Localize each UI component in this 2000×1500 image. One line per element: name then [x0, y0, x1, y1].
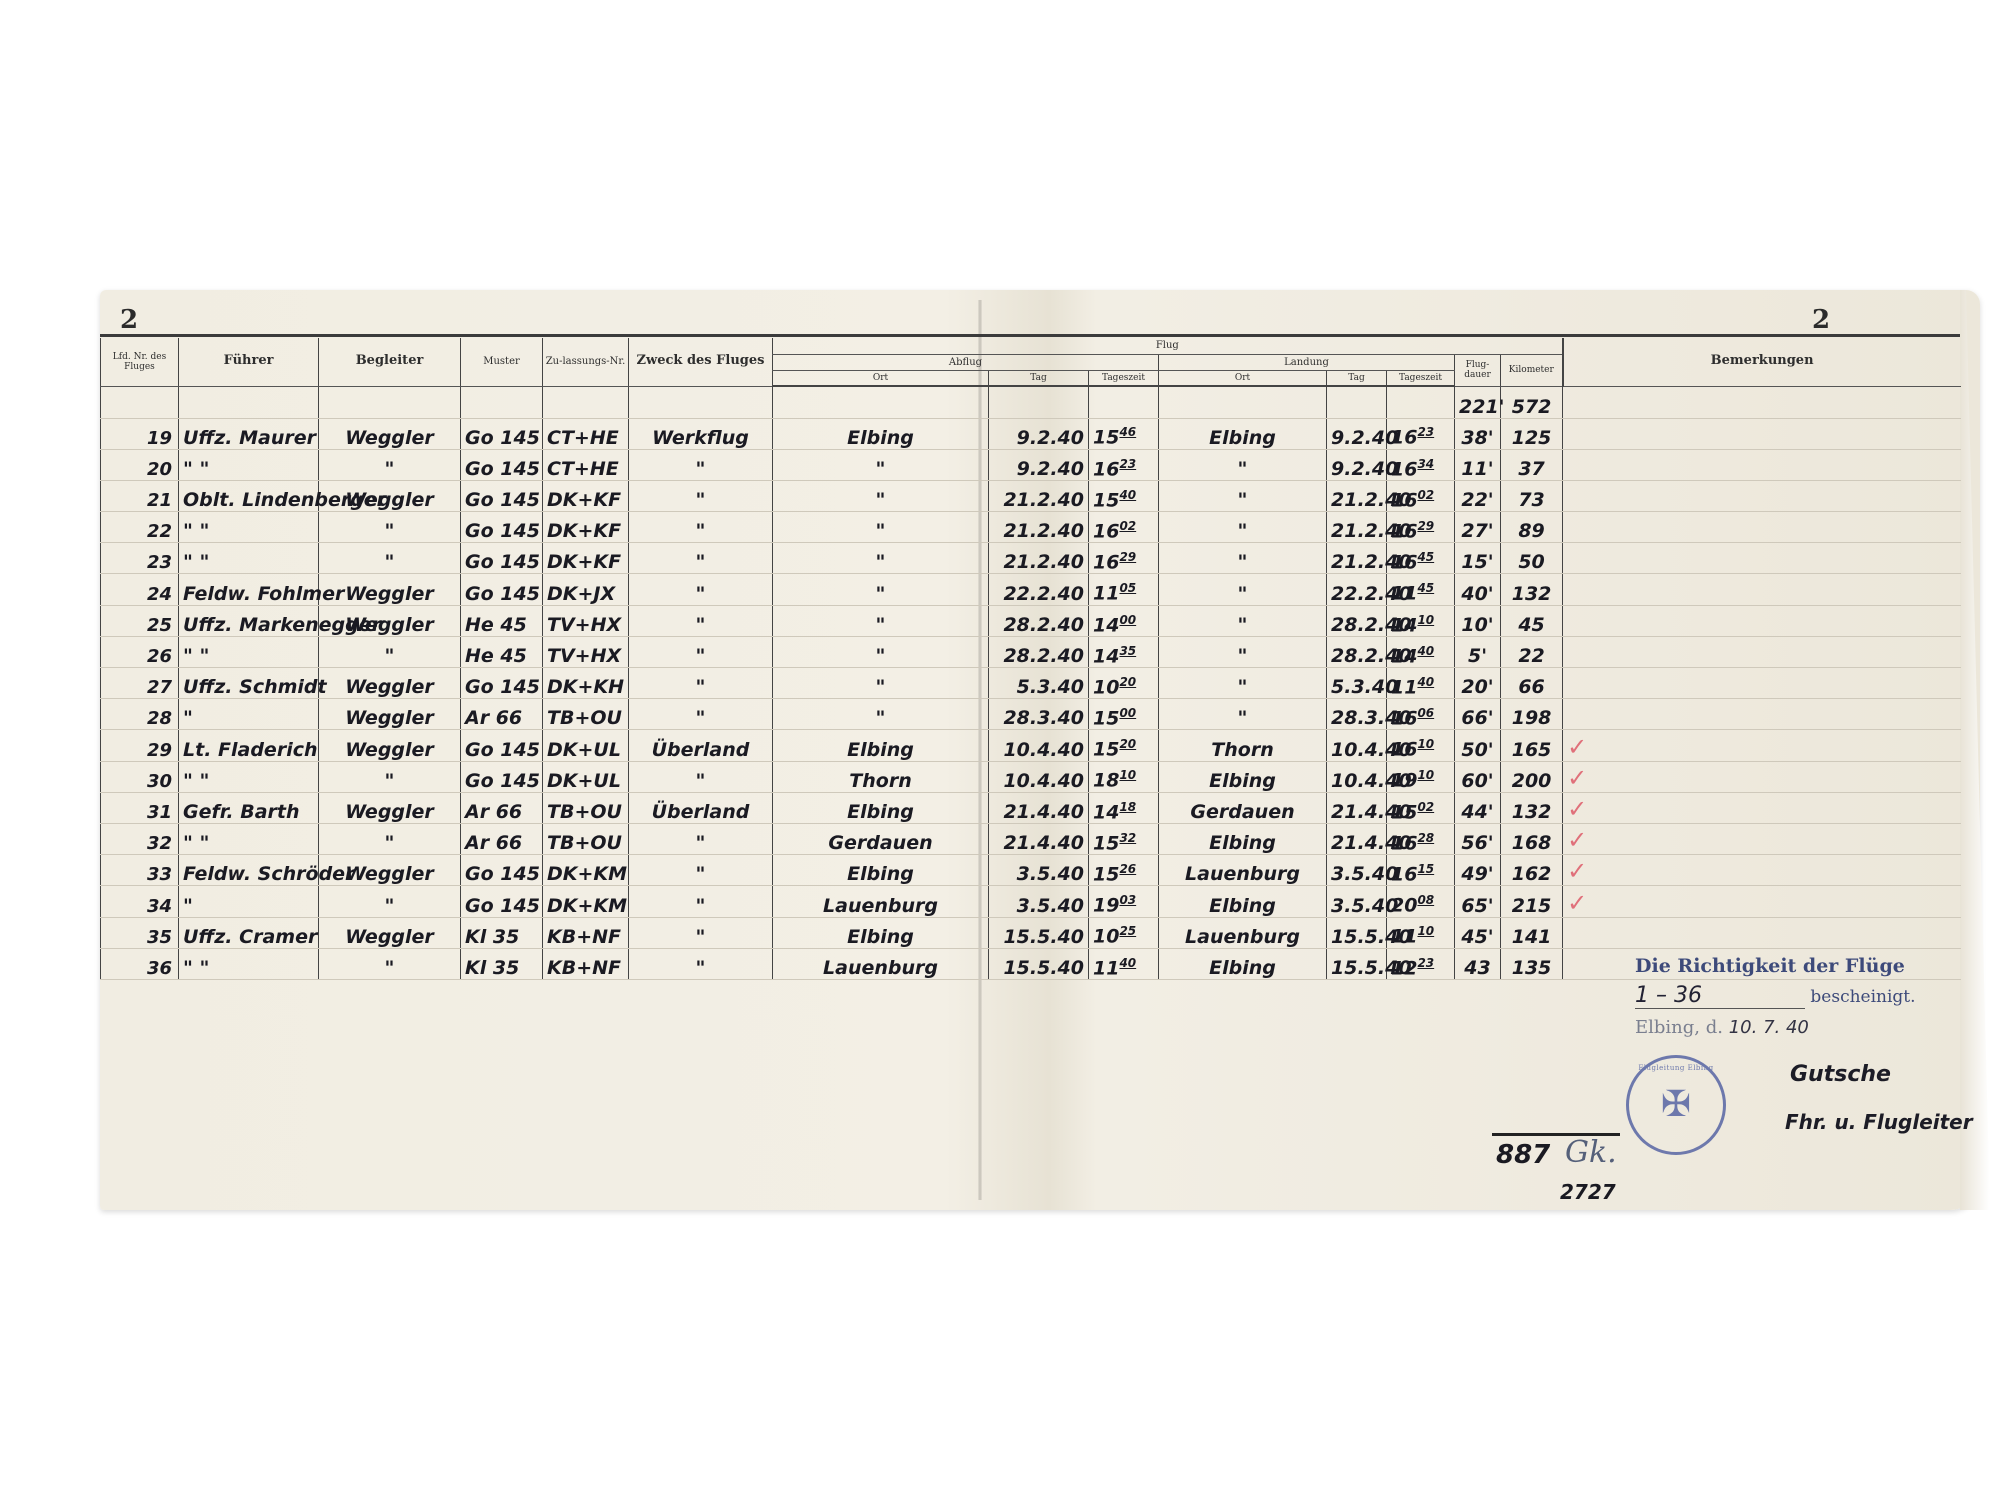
muster-cell: Go 145 — [461, 855, 543, 886]
km-cell: 162 — [1501, 855, 1563, 886]
an-tag-cell: 9.2.40 — [1327, 449, 1387, 480]
km-cell: 22 — [1501, 636, 1563, 667]
km-cell: 37 — [1501, 449, 1563, 480]
zul-cell: CT+HE — [543, 418, 629, 449]
abflug-tageszeit: 1602 — [1089, 512, 1159, 543]
col-kilometer: Kilometer — [1501, 354, 1563, 386]
muster-cell: Kl 35 — [461, 917, 543, 948]
an-tag-cell: 28.3.40 — [1327, 699, 1387, 730]
zweck-cell: " — [629, 668, 773, 699]
bemerkungen-cell — [1563, 449, 1961, 480]
dauer-cell: 44' — [1455, 792, 1501, 823]
nr-cell: 30 — [101, 761, 179, 792]
muster-cell: Go 145 — [461, 574, 543, 605]
an-tag-cell: 9.2.40 — [1327, 418, 1387, 449]
begleiter-cell: " — [319, 948, 461, 979]
ab-tag-cell: 21.2.40 — [989, 543, 1089, 574]
muster-cell: Ar 66 — [461, 699, 543, 730]
zul-cell: DK+UL — [543, 730, 629, 761]
col-zulassungs-nr: Zu-lassungs-Nr. — [543, 338, 629, 386]
certification-place-label: Elbing, d. — [1635, 1017, 1723, 1038]
zul-cell: DK+KF — [543, 543, 629, 574]
zul-cell: DK+UL — [543, 761, 629, 792]
total-flugdauer: 887 — [1496, 1140, 1550, 1170]
col-group-landung: Landung — [1159, 354, 1455, 371]
ab-tag-cell: 9.2.40 — [989, 449, 1089, 480]
fuehrer-cell: " — [179, 886, 319, 917]
abflug-tageszeit: 1629 — [1089, 543, 1159, 574]
abflug-tageszeit: 1500 — [1089, 699, 1159, 730]
ab-ort-cell: Elbing — [773, 855, 989, 886]
muster-cell: Go 145 — [461, 668, 543, 699]
abflug-tageszeit: 1623 — [1089, 449, 1159, 480]
fuehrer-cell: " " — [179, 636, 319, 667]
km-cell: 132 — [1501, 574, 1563, 605]
abflug-tageszeit: 1435 — [1089, 636, 1159, 667]
fuehrer-cell: " " — [179, 823, 319, 854]
dauer-cell: 38' — [1455, 418, 1501, 449]
zweck-cell: " — [629, 605, 773, 636]
col-flugdauer: Flug-dauer — [1455, 354, 1501, 386]
ab-ort-cell: " — [773, 449, 989, 480]
ab-ort-cell: " — [773, 668, 989, 699]
certification-suffix: bescheinigt. — [1810, 987, 1915, 1007]
ab-ort-cell: Elbing — [773, 792, 989, 823]
ab-ort-cell: Elbing — [773, 917, 989, 948]
col-abflug-ort: Ort — [773, 371, 989, 387]
bemerkungen-cell — [1563, 480, 1961, 511]
begleiter-cell: " — [319, 761, 461, 792]
an-ort-cell: Elbing — [1159, 761, 1327, 792]
zweck-cell: Überland — [629, 730, 773, 761]
certification-printed-line: Die Richtigkeit der Flüge — [1635, 955, 1975, 977]
zul-cell: CT+HE — [543, 449, 629, 480]
ab-tag-cell: 21.2.40 — [989, 512, 1089, 543]
fuehrer-cell: Uffz. Schmidt — [179, 668, 319, 699]
ab-ort-cell: Lauenburg — [773, 886, 989, 917]
an-ort-cell: " — [1159, 636, 1327, 667]
muster-cell: Ar 66 — [461, 823, 543, 854]
an-tag-cell: 21.2.40 — [1327, 543, 1387, 574]
table-row: 31Gefr. BarthWegglerAr 66TB+OUÜberlandEl… — [101, 792, 1961, 823]
landung-tageszeit: 1602 — [1387, 480, 1455, 511]
nr-cell: 33 — [101, 855, 179, 886]
ab-tag-cell: 9.2.40 — [989, 418, 1089, 449]
bemerkungen-cell: ✓ — [1563, 886, 1961, 917]
col-landung-ort: Ort — [1159, 371, 1327, 387]
abflug-tageszeit: 1105 — [1089, 574, 1159, 605]
fuehrer-cell: Lt. Fladerich — [179, 730, 319, 761]
an-tag-cell: 21.4.40 — [1327, 823, 1387, 854]
ab-ort-cell: " — [773, 480, 989, 511]
signature-title: Fhr. u. Flugleiter — [1785, 1110, 1973, 1134]
begleiter-cell: " — [319, 512, 461, 543]
landung-tageszeit: 1910 — [1387, 761, 1455, 792]
zweck-cell: " — [629, 574, 773, 605]
col-begleiter: Begleiter — [319, 338, 461, 386]
an-ort-cell: " — [1159, 605, 1327, 636]
nr-cell: 25 — [101, 605, 179, 636]
bemerkungen-cell: ✓ — [1563, 855, 1961, 886]
landung-tageszeit: 1606 — [1387, 699, 1455, 730]
km-cell: 200 — [1501, 761, 1563, 792]
zul-cell: TB+OU — [543, 823, 629, 854]
an-ort-cell: Lauenburg — [1159, 917, 1327, 948]
km-cell: 45 — [1501, 605, 1563, 636]
km-cell: 141 — [1501, 917, 1563, 948]
ab-ort-cell: Thorn — [773, 761, 989, 792]
zul-cell: TV+HX — [543, 605, 629, 636]
col-landung-tag: Tag — [1327, 371, 1387, 387]
check-mark-icon: ✓ — [1567, 764, 1587, 792]
an-ort-cell: Gerdauen — [1159, 792, 1327, 823]
bemerkungen-cell: ✓ — [1563, 823, 1961, 854]
an-tag-cell: 22.2.40 — [1327, 574, 1387, 605]
zul-cell: DK+KF — [543, 512, 629, 543]
nr-cell: 28 — [101, 699, 179, 730]
table-row: 28"WegglerAr 66TB+OU""28.3.401500"28.3.4… — [101, 699, 1961, 730]
ab-ort-cell: Lauenburg — [773, 948, 989, 979]
zweck-cell: " — [629, 886, 773, 917]
official-stamp: Flugleitung Elbing ✠ — [1626, 1055, 1726, 1155]
landung-tageszeit: 1140 — [1387, 668, 1455, 699]
col-bemerkungen: Bemerkungen — [1563, 338, 1961, 386]
nr-cell: 36 — [101, 948, 179, 979]
abflug-tageszeit: 1526 — [1089, 855, 1159, 886]
nr-cell: 35 — [101, 917, 179, 948]
zweck-cell: " — [629, 512, 773, 543]
total-kilometer: 2727 — [1560, 1180, 1616, 1204]
nr-cell: 26 — [101, 636, 179, 667]
fuehrer-cell: Feldw. Schröder — [179, 855, 319, 886]
dauer-cell: 66' — [1455, 699, 1501, 730]
km-cell: 125 — [1501, 418, 1563, 449]
table-row: 29Lt. FladerichWegglerGo 145DK+ULÜberlan… — [101, 730, 1961, 761]
table-row: 20" ""Go 145CT+HE""9.2.401623"9.2.401634… — [101, 449, 1961, 480]
nr-cell: 24 — [101, 574, 179, 605]
begleiter-cell: " — [319, 886, 461, 917]
zul-cell: DK+KH — [543, 668, 629, 699]
zweck-cell: " — [629, 823, 773, 854]
zweck-cell: " — [629, 449, 773, 480]
table-row: 35Uffz. CramerWegglerKl 35KB+NF"Elbing15… — [101, 917, 1961, 948]
an-tag-cell: 3.5.40 — [1327, 886, 1387, 917]
table-row: 24Feldw. FohlmerWegglerGo 145DK+JX""22.2… — [101, 574, 1961, 605]
an-ort-cell: Thorn — [1159, 730, 1327, 761]
nr-cell: 23 — [101, 543, 179, 574]
certification-range: 1 – 36 — [1635, 983, 1805, 1009]
ab-ort-cell: Elbing — [773, 418, 989, 449]
landung-tageszeit: 1610 — [1387, 730, 1455, 761]
km-cell: 168 — [1501, 823, 1563, 854]
an-ort-cell: Elbing — [1159, 886, 1327, 917]
landung-tageszeit: 1145 — [1387, 574, 1455, 605]
ab-tag-cell: 21.2.40 — [989, 480, 1089, 511]
col-group-abflug: Abflug — [773, 354, 1159, 371]
nr-cell: 20 — [101, 449, 179, 480]
landung-tageszeit: 1410 — [1387, 605, 1455, 636]
an-tag-cell: 21.2.40 — [1327, 480, 1387, 511]
km-cell: 198 — [1501, 699, 1563, 730]
dauer-cell: 56' — [1455, 823, 1501, 854]
begleiter-cell: Weggler — [319, 668, 461, 699]
km-cell: 66 — [1501, 668, 1563, 699]
muster-cell: Go 145 — [461, 543, 543, 574]
km-cell: 215 — [1501, 886, 1563, 917]
bemerkungen-cell — [1563, 605, 1961, 636]
zweck-cell: " — [629, 917, 773, 948]
table-row: 30" ""Go 145DK+UL"Thorn10.4.401810Elbing… — [101, 761, 1961, 792]
an-ort-cell: Elbing — [1159, 418, 1327, 449]
dauer-cell: 49' — [1455, 855, 1501, 886]
fuehrer-cell: " " — [179, 543, 319, 574]
zul-cell: TV+HX — [543, 636, 629, 667]
col-muster: Muster — [461, 338, 543, 386]
nr-cell: 29 — [101, 730, 179, 761]
km-cell: 73 — [1501, 480, 1563, 511]
ab-ort-cell: " — [773, 512, 989, 543]
header-rule — [100, 334, 1960, 337]
dauer-cell: 11' — [1455, 449, 1501, 480]
an-ort-cell: Lauenburg — [1159, 855, 1327, 886]
dauer-cell: 60' — [1455, 761, 1501, 792]
dauer-cell: 15' — [1455, 543, 1501, 574]
ab-tag-cell: 22.2.40 — [989, 574, 1089, 605]
muster-cell: Go 145 — [461, 480, 543, 511]
ab-ort-cell: " — [773, 543, 989, 574]
check-mark-icon: ✓ — [1567, 795, 1587, 823]
fuehrer-cell: Gefr. Barth — [179, 792, 319, 823]
ab-ort-cell: Gerdauen — [773, 823, 989, 854]
ab-tag-cell: 15.5.40 — [989, 948, 1089, 979]
bemerkungen-cell — [1563, 418, 1961, 449]
zul-cell: KB+NF — [543, 948, 629, 979]
landung-tageszeit: 1634 — [1387, 449, 1455, 480]
table-row: 26" ""He 45TV+HX""28.2.401435"28.2.40144… — [101, 636, 1961, 667]
carry-over-row: 221' 572 — [101, 386, 1961, 418]
begleiter-cell: " — [319, 823, 461, 854]
an-ort-cell: " — [1159, 480, 1327, 511]
an-tag-cell: 10.4.40 — [1327, 761, 1387, 792]
begleiter-cell: Weggler — [319, 418, 461, 449]
zul-cell: KB+NF — [543, 917, 629, 948]
ab-tag-cell: 3.5.40 — [989, 886, 1089, 917]
nr-cell: 32 — [101, 823, 179, 854]
zweck-cell: " — [629, 855, 773, 886]
nr-cell: 21 — [101, 480, 179, 511]
check-mark-icon: ✓ — [1567, 733, 1587, 761]
dauer-cell: 27' — [1455, 512, 1501, 543]
page-number-left: 2 — [120, 305, 138, 335]
dauer-cell: 10' — [1455, 605, 1501, 636]
begleiter-cell: " — [319, 636, 461, 667]
ab-ort-cell: " — [773, 636, 989, 667]
zweck-cell: " — [629, 543, 773, 574]
abflug-tageszeit: 1532 — [1089, 823, 1159, 854]
bemerkungen-cell — [1563, 636, 1961, 667]
total-initials: Gk. — [1565, 1135, 1617, 1170]
zweck-cell: " — [629, 699, 773, 730]
muster-cell: Go 145 — [461, 512, 543, 543]
an-ort-cell: " — [1159, 699, 1327, 730]
table-row: 21Oblt. LindenbergerWegglerGo 145DK+KF""… — [101, 480, 1961, 511]
ab-tag-cell: 10.4.40 — [989, 730, 1089, 761]
landung-tageszeit: 1615 — [1387, 855, 1455, 886]
landung-tageszeit: 1645 — [1387, 543, 1455, 574]
abflug-tageszeit: 1546 — [1089, 418, 1159, 449]
col-landung-tageszeit: Tageszeit — [1387, 371, 1455, 387]
abflug-tageszeit: 1520 — [1089, 730, 1159, 761]
muster-cell: Go 145 — [461, 418, 543, 449]
ab-tag-cell: 28.3.40 — [989, 699, 1089, 730]
zweck-cell: Überland — [629, 792, 773, 823]
table-row: 34""Go 145DK+KM"Lauenburg3.5.401903Elbin… — [101, 886, 1961, 917]
an-tag-cell: 15.5.40 — [1327, 948, 1387, 979]
zweck-cell: " — [629, 480, 773, 511]
fuehrer-cell: Uffz. Markenegger — [179, 605, 319, 636]
an-tag-cell: 28.2.40 — [1327, 605, 1387, 636]
an-ort-cell: " — [1159, 668, 1327, 699]
ab-tag-cell: 3.5.40 — [989, 855, 1089, 886]
begleiter-cell: Weggler — [319, 699, 461, 730]
eagle-emblem-icon: ✠ — [1661, 1087, 1691, 1123]
zul-cell: TB+OU — [543, 699, 629, 730]
check-mark-icon: ✓ — [1567, 857, 1587, 885]
table-row: 25Uffz. MarkeneggerWegglerHe 45TV+HX""28… — [101, 605, 1961, 636]
col-abflug-tageszeit: Tageszeit — [1089, 371, 1159, 387]
an-ort-cell: Elbing — [1159, 948, 1327, 979]
ab-ort-cell: " — [773, 699, 989, 730]
table-row: 32" ""Ar 66TB+OU"Gerdauen21.4.401532Elbi… — [101, 823, 1961, 854]
fuehrer-cell: " " — [179, 761, 319, 792]
flight-log-table: Lfd. Nr. des Fluges Führer Begleiter Mus… — [100, 338, 1961, 980]
ab-ort-cell: " — [773, 574, 989, 605]
dauer-cell: 43 — [1455, 948, 1501, 979]
stamp-text: Flugleitung Elbing — [1638, 1064, 1713, 1072]
landung-tageszeit: 1440 — [1387, 636, 1455, 667]
an-tag-cell: 3.5.40 — [1327, 855, 1387, 886]
landung-tageszeit: 1223 — [1387, 948, 1455, 979]
fuehrer-cell: " " — [179, 449, 319, 480]
muster-cell: Go 145 — [461, 449, 543, 480]
nr-cell: 27 — [101, 668, 179, 699]
dauer-cell: 45' — [1455, 917, 1501, 948]
nr-cell: 34 — [101, 886, 179, 917]
km-cell: 135 — [1501, 948, 1563, 979]
fuehrer-cell: " " — [179, 948, 319, 979]
flight-log-body: 221' 572 19Uffz. MaurerWegglerGo 145CT+H… — [101, 386, 1961, 979]
muster-cell: Ar 66 — [461, 792, 543, 823]
km-cell: 165 — [1501, 730, 1563, 761]
dauer-cell: 65' — [1455, 886, 1501, 917]
bemerkungen-cell: ✓ — [1563, 730, 1961, 761]
an-ort-cell: " — [1159, 574, 1327, 605]
abflug-tageszeit: 1400 — [1089, 605, 1159, 636]
begleiter-cell: Weggler — [319, 730, 461, 761]
bemerkungen-cell — [1563, 574, 1961, 605]
fuehrer-cell: Feldw. Fohlmer — [179, 574, 319, 605]
check-mark-icon: ✓ — [1567, 826, 1587, 854]
abflug-tageszeit: 1810 — [1089, 761, 1159, 792]
ab-tag-cell: 21.4.40 — [989, 792, 1089, 823]
fuehrer-cell: " " — [179, 512, 319, 543]
landung-tageszeit: 1110 — [1387, 917, 1455, 948]
muster-cell: He 45 — [461, 636, 543, 667]
carry-over-flugdauer: 221' — [1455, 386, 1501, 418]
an-tag-cell: 21.4.40 — [1327, 792, 1387, 823]
an-tag-cell: 21.2.40 — [1327, 512, 1387, 543]
muster-cell: Go 145 — [461, 886, 543, 917]
table-row: 23" ""Go 145DK+KF""21.2.401629"21.2.4016… — [101, 543, 1961, 574]
nr-cell: 31 — [101, 792, 179, 823]
zweck-cell: " — [629, 948, 773, 979]
begleiter-cell: Weggler — [319, 917, 461, 948]
an-tag-cell: 10.4.40 — [1327, 730, 1387, 761]
an-tag-cell: 5.3.40 — [1327, 668, 1387, 699]
dauer-cell: 40' — [1455, 574, 1501, 605]
ab-tag-cell: 28.2.40 — [989, 605, 1089, 636]
abflug-tageszeit: 1140 — [1089, 948, 1159, 979]
an-tag-cell: 28.2.40 — [1327, 636, 1387, 667]
abflug-tageszeit: 1025 — [1089, 917, 1159, 948]
landung-tageszeit: 1502 — [1387, 792, 1455, 823]
abflug-tageszeit: 1418 — [1089, 792, 1159, 823]
landung-tageszeit: 1628 — [1387, 823, 1455, 854]
zul-cell: DK+KM — [543, 886, 629, 917]
zul-cell: DK+KF — [543, 480, 629, 511]
col-lfd-nr: Lfd. Nr. des Fluges — [101, 338, 179, 386]
ab-tag-cell: 5.3.40 — [989, 668, 1089, 699]
table-row: 22" ""Go 145DK+KF""21.2.401602"21.2.4016… — [101, 512, 1961, 543]
bemerkungen-cell: ✓ — [1563, 792, 1961, 823]
zul-cell: TB+OU — [543, 792, 629, 823]
muster-cell: He 45 — [461, 605, 543, 636]
dauer-cell: 5' — [1455, 636, 1501, 667]
bemerkungen-cell — [1563, 668, 1961, 699]
ab-tag-cell: 21.4.40 — [989, 823, 1089, 854]
km-cell: 50 — [1501, 543, 1563, 574]
dauer-cell: 50' — [1455, 730, 1501, 761]
zweck-cell: " — [629, 761, 773, 792]
ab-tag-cell: 10.4.40 — [989, 761, 1089, 792]
col-zweck: Zweck des Fluges — [629, 338, 773, 386]
certification-block: Die Richtigkeit der Flüge 1 – 36 beschei… — [1635, 955, 1975, 1038]
an-ort-cell: Elbing — [1159, 823, 1327, 854]
zul-cell: DK+JX — [543, 574, 629, 605]
landung-tageszeit: 1623 — [1387, 418, 1455, 449]
bemerkungen-cell — [1563, 543, 1961, 574]
an-ort-cell: " — [1159, 449, 1327, 480]
bemerkungen-cell — [1563, 512, 1961, 543]
table-row: 33Feldw. SchröderWegglerGo 145DK+KM"Elbi… — [101, 855, 1961, 886]
abflug-tageszeit: 1540 — [1089, 480, 1159, 511]
ab-ort-cell: Elbing — [773, 730, 989, 761]
dauer-cell: 20' — [1455, 668, 1501, 699]
bemerkungen-cell — [1563, 699, 1961, 730]
col-fuehrer: Führer — [179, 338, 319, 386]
nr-cell: 22 — [101, 512, 179, 543]
check-mark-icon: ✓ — [1567, 889, 1587, 917]
begleiter-cell: Weggler — [319, 792, 461, 823]
col-group-flug: Flug — [773, 338, 1563, 354]
landung-tageszeit: 2008 — [1387, 886, 1455, 917]
muster-cell: Go 145 — [461, 761, 543, 792]
bemerkungen-cell — [1563, 917, 1961, 948]
nr-cell: 19 — [101, 418, 179, 449]
fuehrer-cell: Oblt. Lindenberger — [179, 480, 319, 511]
an-tag-cell: 15.5.40 — [1327, 917, 1387, 948]
an-ort-cell: " — [1159, 512, 1327, 543]
